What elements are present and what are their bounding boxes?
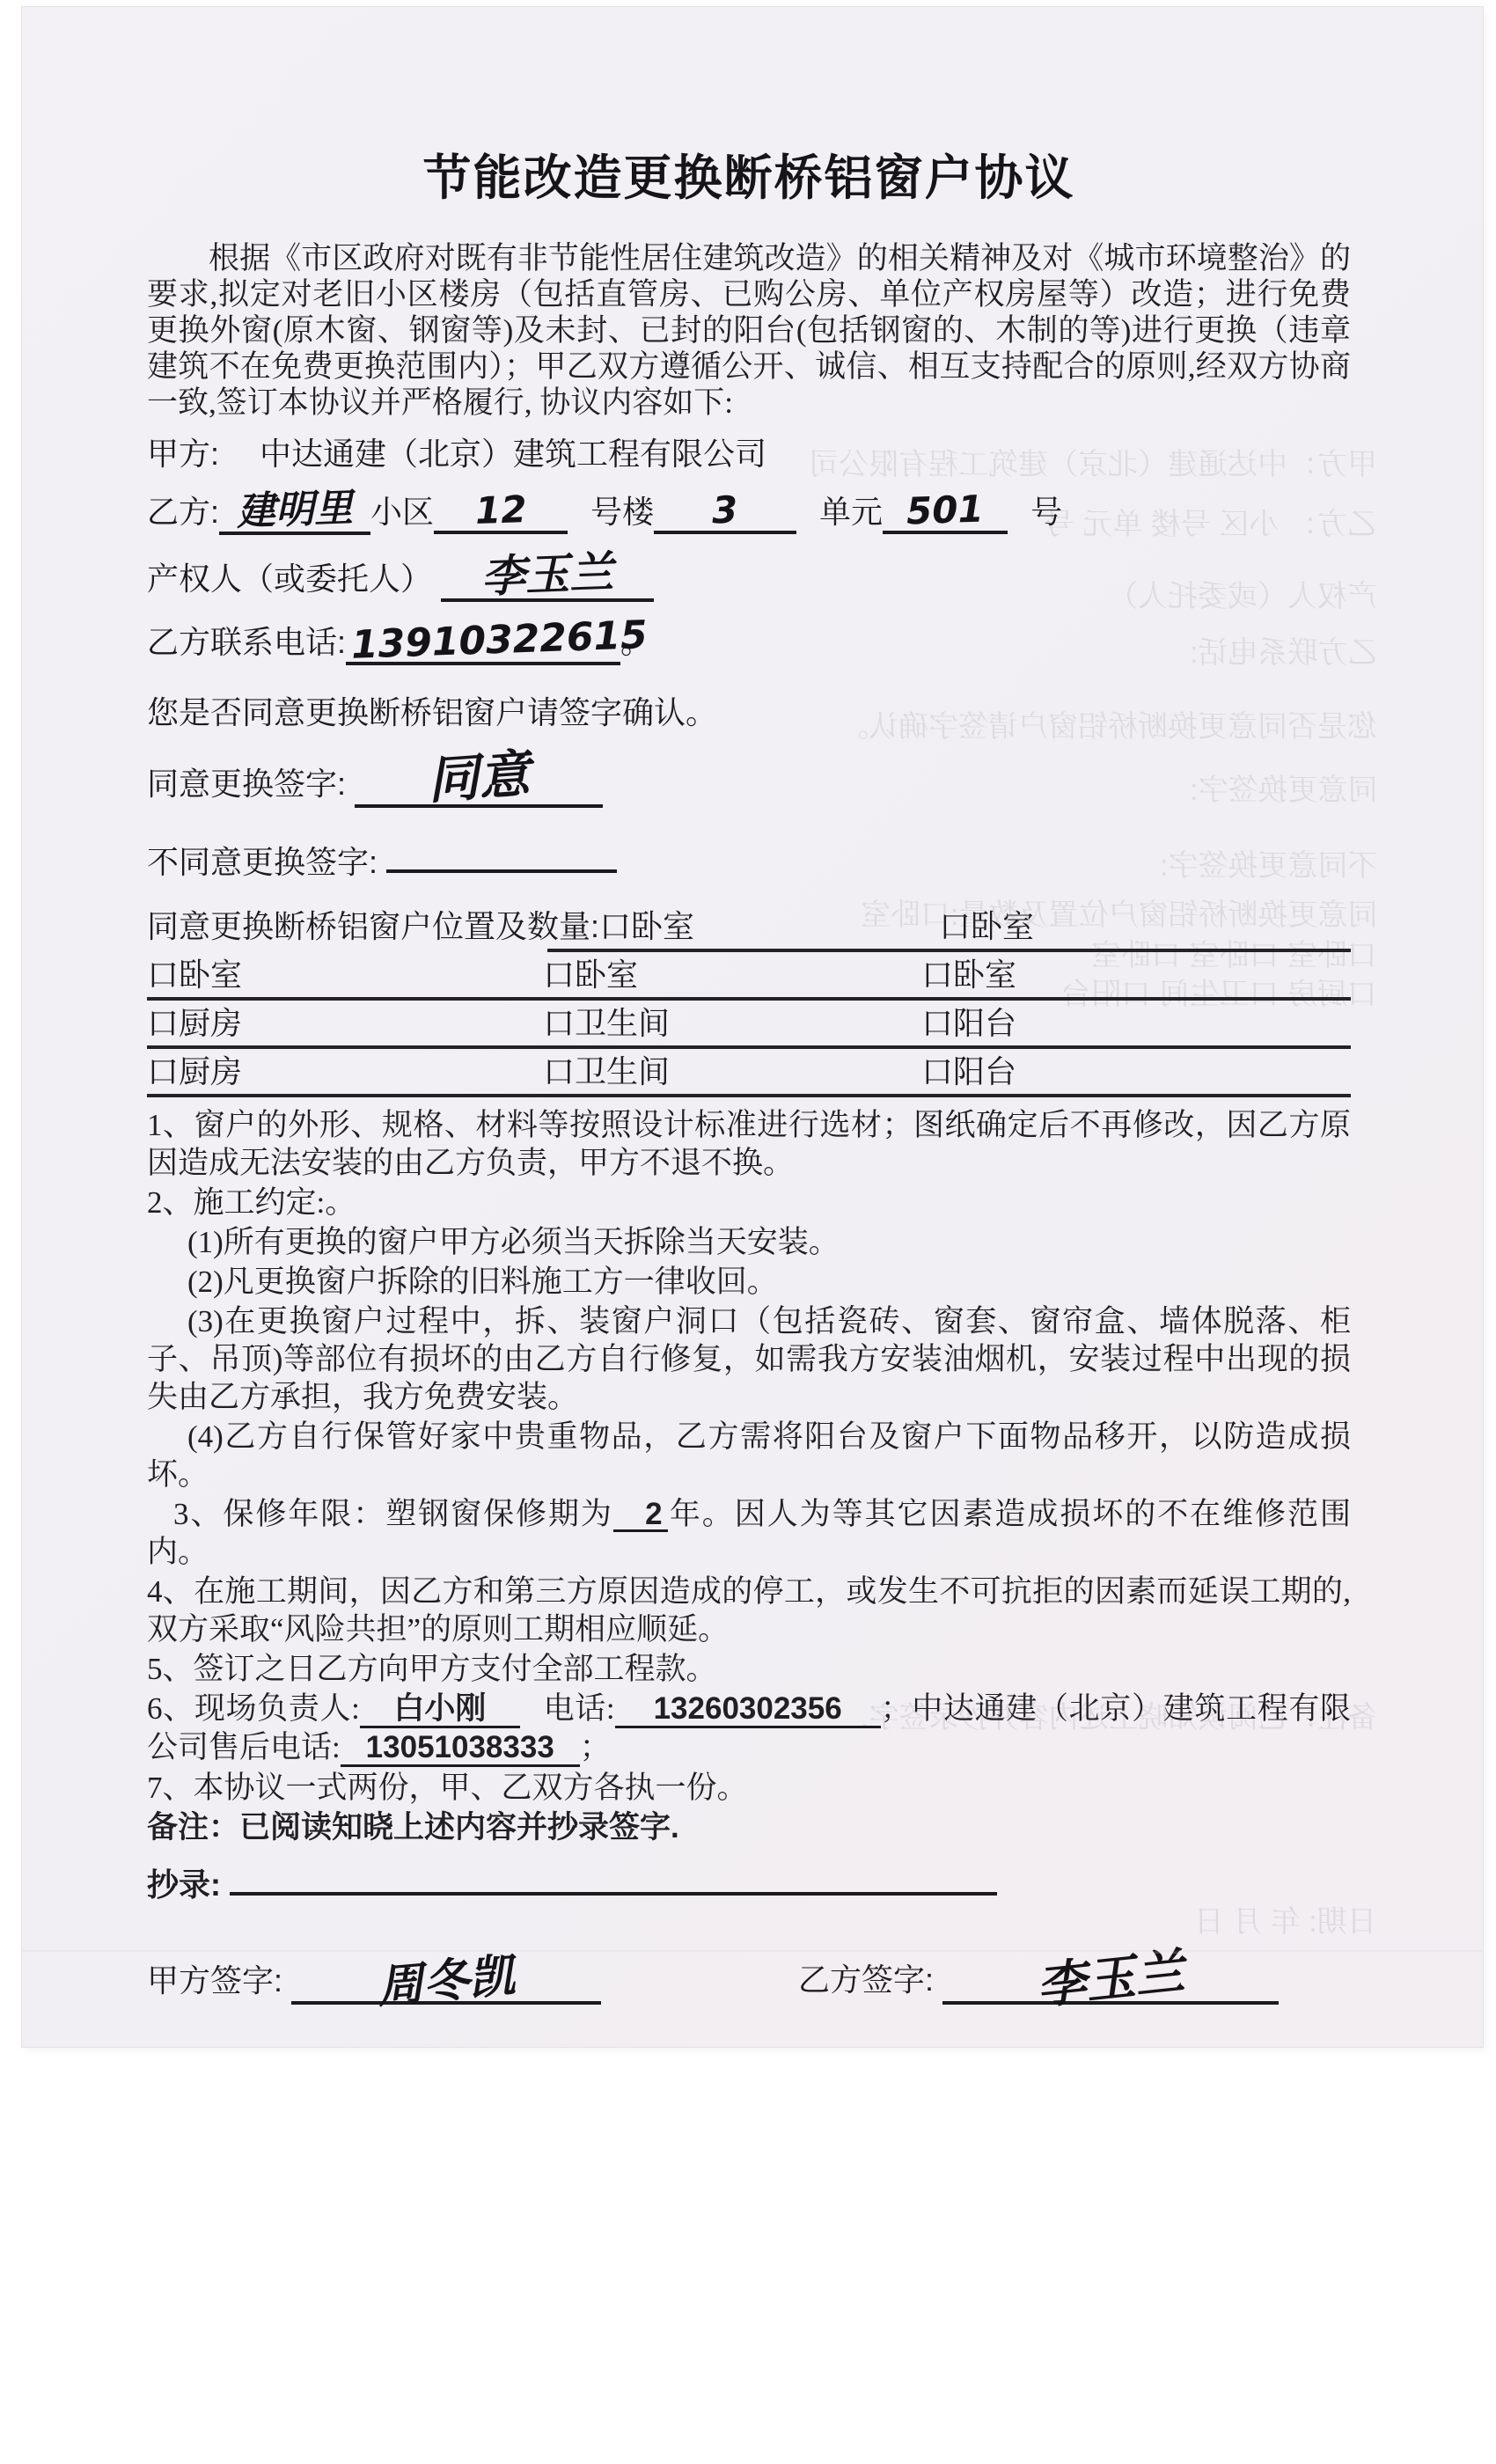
unit-no-field: 3 (654, 492, 796, 534)
table-cell: 口阳台 (921, 1052, 1351, 1091)
table-cell: 口卫生间 (543, 1052, 921, 1091)
transcription-label: 抄录: (147, 1866, 221, 1903)
clause-4: 4、在施工期间，因乙方和第三方原因造成的停工，或发生不可抗拒的因素而延误工期的,… (147, 1573, 1351, 1648)
unit-no-handwriting: 3 (712, 492, 739, 530)
party-a-label: 甲方: (147, 436, 219, 472)
after-sales-phone: 13051038333 (341, 1732, 580, 1767)
locations-header-item-right: 口卧室 (939, 906, 1034, 947)
warranty-years: 2 (613, 1499, 668, 1532)
agree-handwriting: 同意 (426, 748, 532, 806)
party-b-label: 乙方: (147, 494, 219, 530)
party-a-signature-field: 周冬凯 (291, 1954, 601, 2005)
label-room: 号 (1030, 494, 1062, 530)
header-underline (547, 949, 1351, 952)
clause-6-p4: ； (580, 1730, 611, 1764)
phone-row: 乙方联系电话:13910322615。 (147, 618, 1351, 667)
clause-6: 6、现场负责人:白小刚电话:13260302356；中达通建（北京）建筑工程有限… (147, 1690, 1351, 1767)
table-cell: 口卧室 (543, 956, 921, 994)
table-cell: 口卧室 (921, 956, 1351, 994)
party-b-row: 乙方:建明里小区12号楼3单元501号 (147, 488, 1351, 537)
clause-2-sub-4: (4)乙方自行保管好家中贵重物品，乙方需将阳台及窗户下面物品移开，以防造成损坏。 (147, 1418, 1351, 1493)
clause-1: 1、窗户的外形、规格、材料等按照设计标准进行选材；图纸确定后不再修改，因乙方原因… (147, 1106, 1351, 1182)
site-manager-phone: 13260302356 (615, 1693, 881, 1728)
phone-label: 乙方联系电话: (147, 624, 346, 660)
party-b-community-field: 建明里 (219, 491, 370, 535)
party-b-signature-handwriting: 李玉兰 (1035, 1947, 1187, 2012)
table-row: 口卧室 口卧室 口卧室 (147, 952, 1351, 1001)
party-a-signature-block: 甲方签字: 周冬凯 (147, 1954, 798, 2005)
clause-2-sub-1: (1)所有更换的窗户甲方必须当天拆除当天安装。 (147, 1223, 1351, 1261)
party-a-value: 中达通建（北京）建筑工程有限公司 (260, 436, 766, 472)
party-b-sign-label: 乙方签字: (798, 1962, 934, 1998)
phone-field: 13910322615 (346, 621, 620, 665)
scan-background: { "colors": { "paper": "#f2f0f4", "ink":… (0, 0, 1496, 2464)
transcription-field (230, 1852, 997, 1896)
clause-2-sub-2: (2)凡更换窗户拆除的旧料施工方一律收回。 (147, 1263, 1351, 1301)
label-building: 号楼 (590, 494, 654, 530)
label-community: 小区 (370, 494, 434, 530)
table-cell: 口卧室 (147, 956, 543, 994)
site-manager-name: 白小刚 (360, 1693, 520, 1728)
clause-2: 2、施工约定:。 (147, 1184, 1351, 1221)
party-a-signature-handwriting: 周冬凯 (376, 1953, 517, 2010)
clause-2-sub-3: (3)在更换窗户过程中，拆、装窗户洞口（包括瓷砖、窗套、窗帘盒、墙体脱落、柜子、… (147, 1302, 1351, 1416)
table-cell: 口阳台 (921, 1004, 1351, 1043)
party-a-row: 甲方: 中达通建（北京）建筑工程有限公司 (147, 429, 1351, 479)
scanned-agreement-page: 甲方：中达通建（北京）建筑工程有限公司 乙方： 小区 号楼 单元 号 产权人（或… (22, 7, 1483, 2047)
note-row: 备注：已阅读知晓上述内容并抄录签字. (147, 1808, 1351, 1846)
intro-paragraph: 根据《市区政府对既有非节能性居住建筑改造》的相关精神及对《城市环境整治》的要求,… (147, 240, 1351, 421)
locations-header-row: 同意更换断桥铝窗户位置及数量:口卧室 口卧室 (147, 906, 1351, 952)
agree-sign-label: 同意更换签字: (147, 766, 346, 802)
clause-6-p2: 电话: (543, 1691, 615, 1726)
locations-header-item: 口卧室 (599, 908, 694, 944)
building-no-field: 12 (434, 492, 568, 534)
table-cell: 口卫生间 (543, 1004, 921, 1043)
transcription-row: 抄录: (147, 1852, 1351, 1910)
table-row: 口厨房 口卫生间 口阳台 (147, 1001, 1351, 1049)
table-cell: 口厨房 (147, 1004, 543, 1043)
signature-area: 甲方签字: 周冬凯 乙方签字: 李玉兰 (147, 1950, 1351, 2005)
clause-3: 3、保修年限：塑钢窗保修期为2年。因人为等其它因素造成损坏的不在维修范围内。 (147, 1495, 1351, 1571)
owner-handwriting: 李玉兰 (480, 550, 614, 598)
page-title: 节能改造更换断桥铝窗户协议 (147, 139, 1351, 209)
clauses-section: 1、窗户的外形、规格、材料等按照设计标准进行选材；图纸确定后不再修改，因乙方原因… (147, 1106, 1351, 1846)
clause-7: 7、本协议一式两份，甲、乙双方各执一份。 (147, 1769, 1351, 1807)
party-b-signature-block: 乙方签字: 李玉兰 (798, 1950, 1279, 2005)
warranty-prefix: 3、保修年限：塑钢窗保修期为 (173, 1497, 613, 1531)
agree-sign-field: 同意 (355, 752, 603, 808)
party-b-community-handwriting: 建明里 (236, 489, 353, 532)
locations-header-label: 同意更换断桥铝窗户位置及数量: (147, 908, 599, 944)
locations-table: 同意更换断桥铝窗户位置及数量:口卧室 口卧室 口卧室 口卧室 口卧室 口厨房 口… (147, 906, 1351, 1097)
table-row: 口厨房 口卫生间 口阳台 (147, 1049, 1351, 1097)
room-no-field: 501 (883, 492, 1008, 534)
disagree-sign-field (386, 832, 617, 873)
agree-sign-row: 同意更换签字: 同意 (147, 752, 1351, 820)
label-unit: 单元 (819, 494, 883, 530)
confirm-question: 您是否同意更换断桥铝窗户请签字确认。 (147, 688, 1351, 737)
clause-6-p1: 6、现场负责人: (147, 1691, 360, 1726)
building-no-handwriting: 12 (474, 491, 527, 530)
disagree-sign-label: 不同意更换签字: (147, 844, 378, 880)
owner-label: 产权人（或委托人） (147, 561, 432, 597)
party-a-sign-label: 甲方签字: (147, 1962, 282, 1998)
table-cell: 口厨房 (147, 1052, 543, 1091)
owner-row: 产权人（或委托人） 李玉兰 (147, 553, 1351, 604)
party-b-signature-field: 李玉兰 (942, 1950, 1279, 2005)
clause-5: 5、签订之日乙方向甲方支付全部工程款。 (147, 1650, 1351, 1688)
room-no-handwriting: 501 (906, 490, 985, 530)
owner-field: 李玉兰 (441, 553, 654, 602)
phone-handwriting: 13910322615 (350, 616, 648, 665)
confirm-question-text: 您是否同意更换断桥铝窗户请签字确认。 (147, 694, 717, 730)
document-content: 节能改造更换断桥铝窗户协议 根据《市区政府对既有非节能性居住建筑改造》的相关精神… (22, 7, 1483, 2047)
disagree-sign-row: 不同意更换签字: (147, 832, 1351, 887)
